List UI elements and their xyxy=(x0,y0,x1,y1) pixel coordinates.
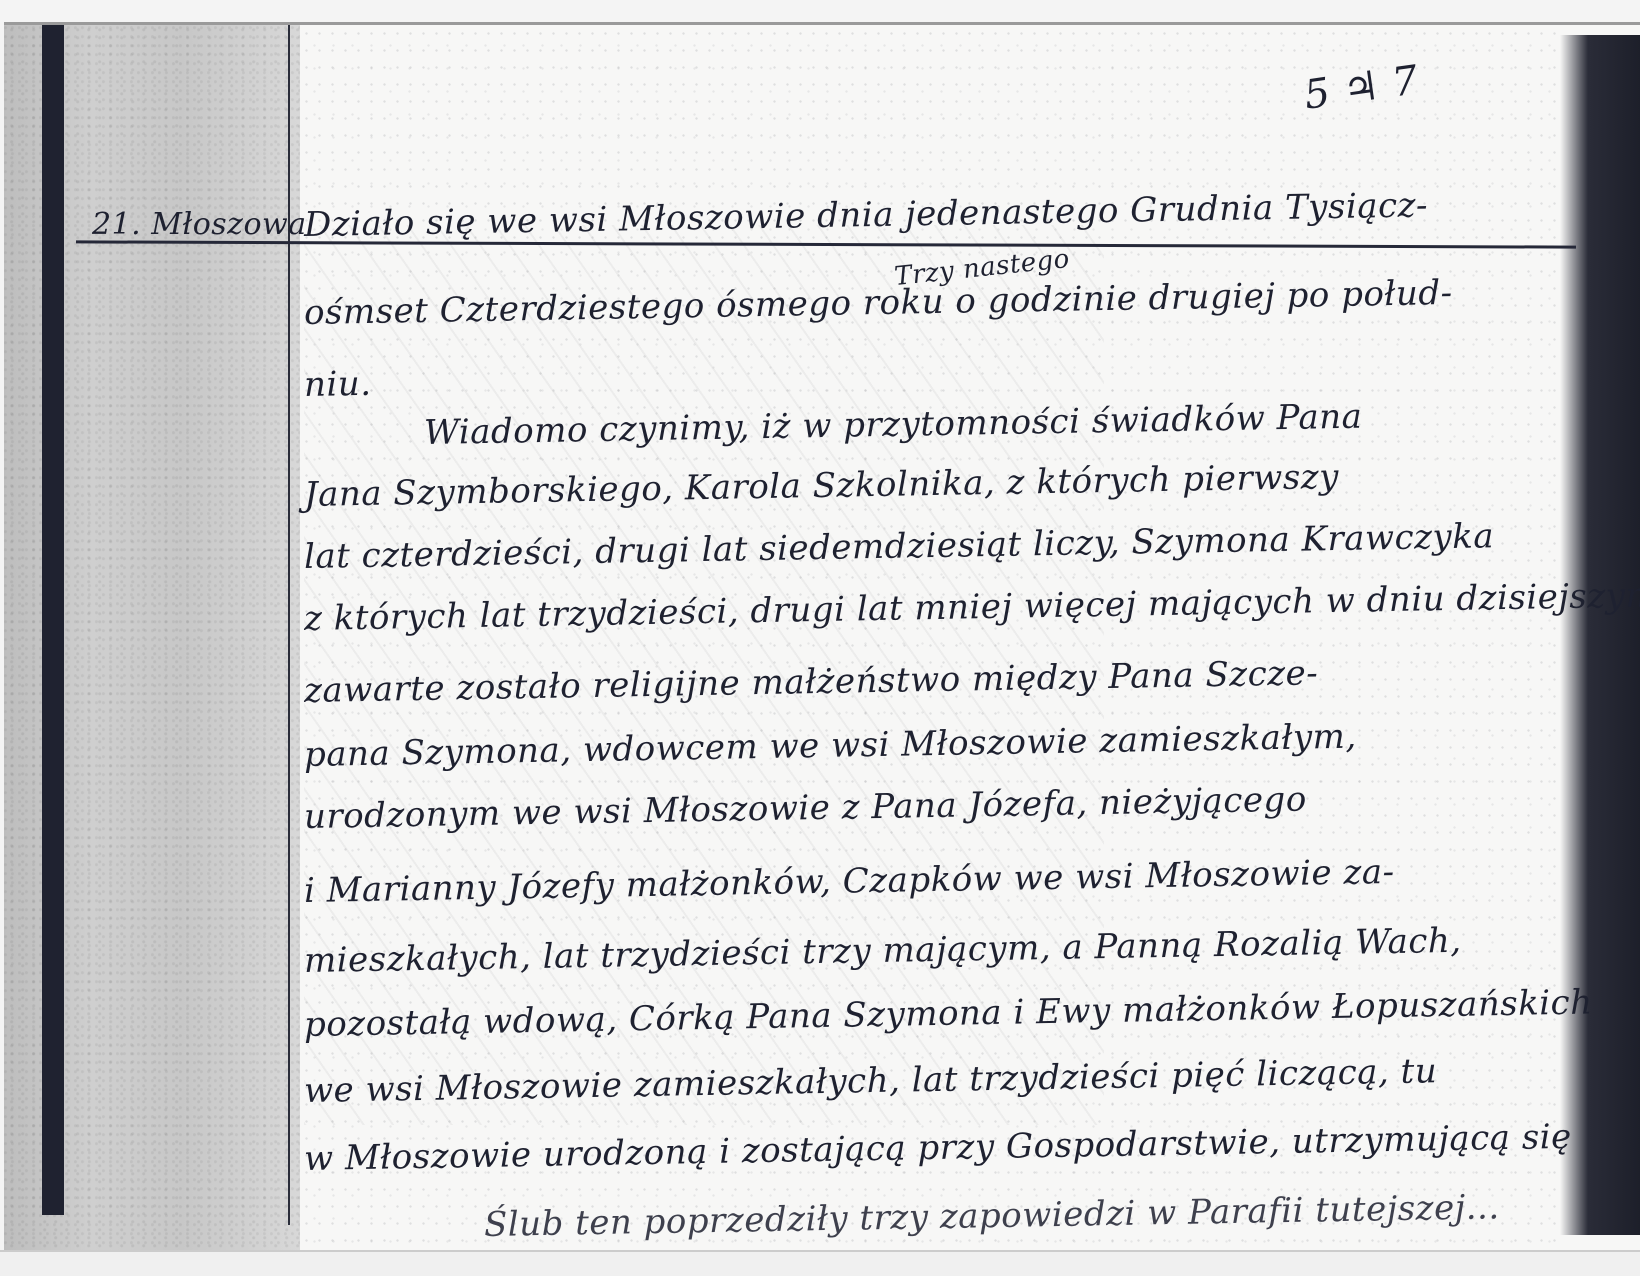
margin-entry-label: 21. Młoszowa xyxy=(92,207,307,242)
text-line-3: niu. xyxy=(304,364,372,405)
register-page: 5 ♃ 7 21. Młoszowa Trzy nastego Działo s… xyxy=(4,22,1640,1253)
margin-rule-line xyxy=(288,25,290,1225)
page-edge-shadow xyxy=(1560,35,1640,1235)
scan-bottom-border xyxy=(0,1250,1640,1276)
binding-edge xyxy=(42,25,64,1215)
scanned-document: 5 ♃ 7 21. Młoszowa Trzy nastego Działo s… xyxy=(0,0,1640,1276)
